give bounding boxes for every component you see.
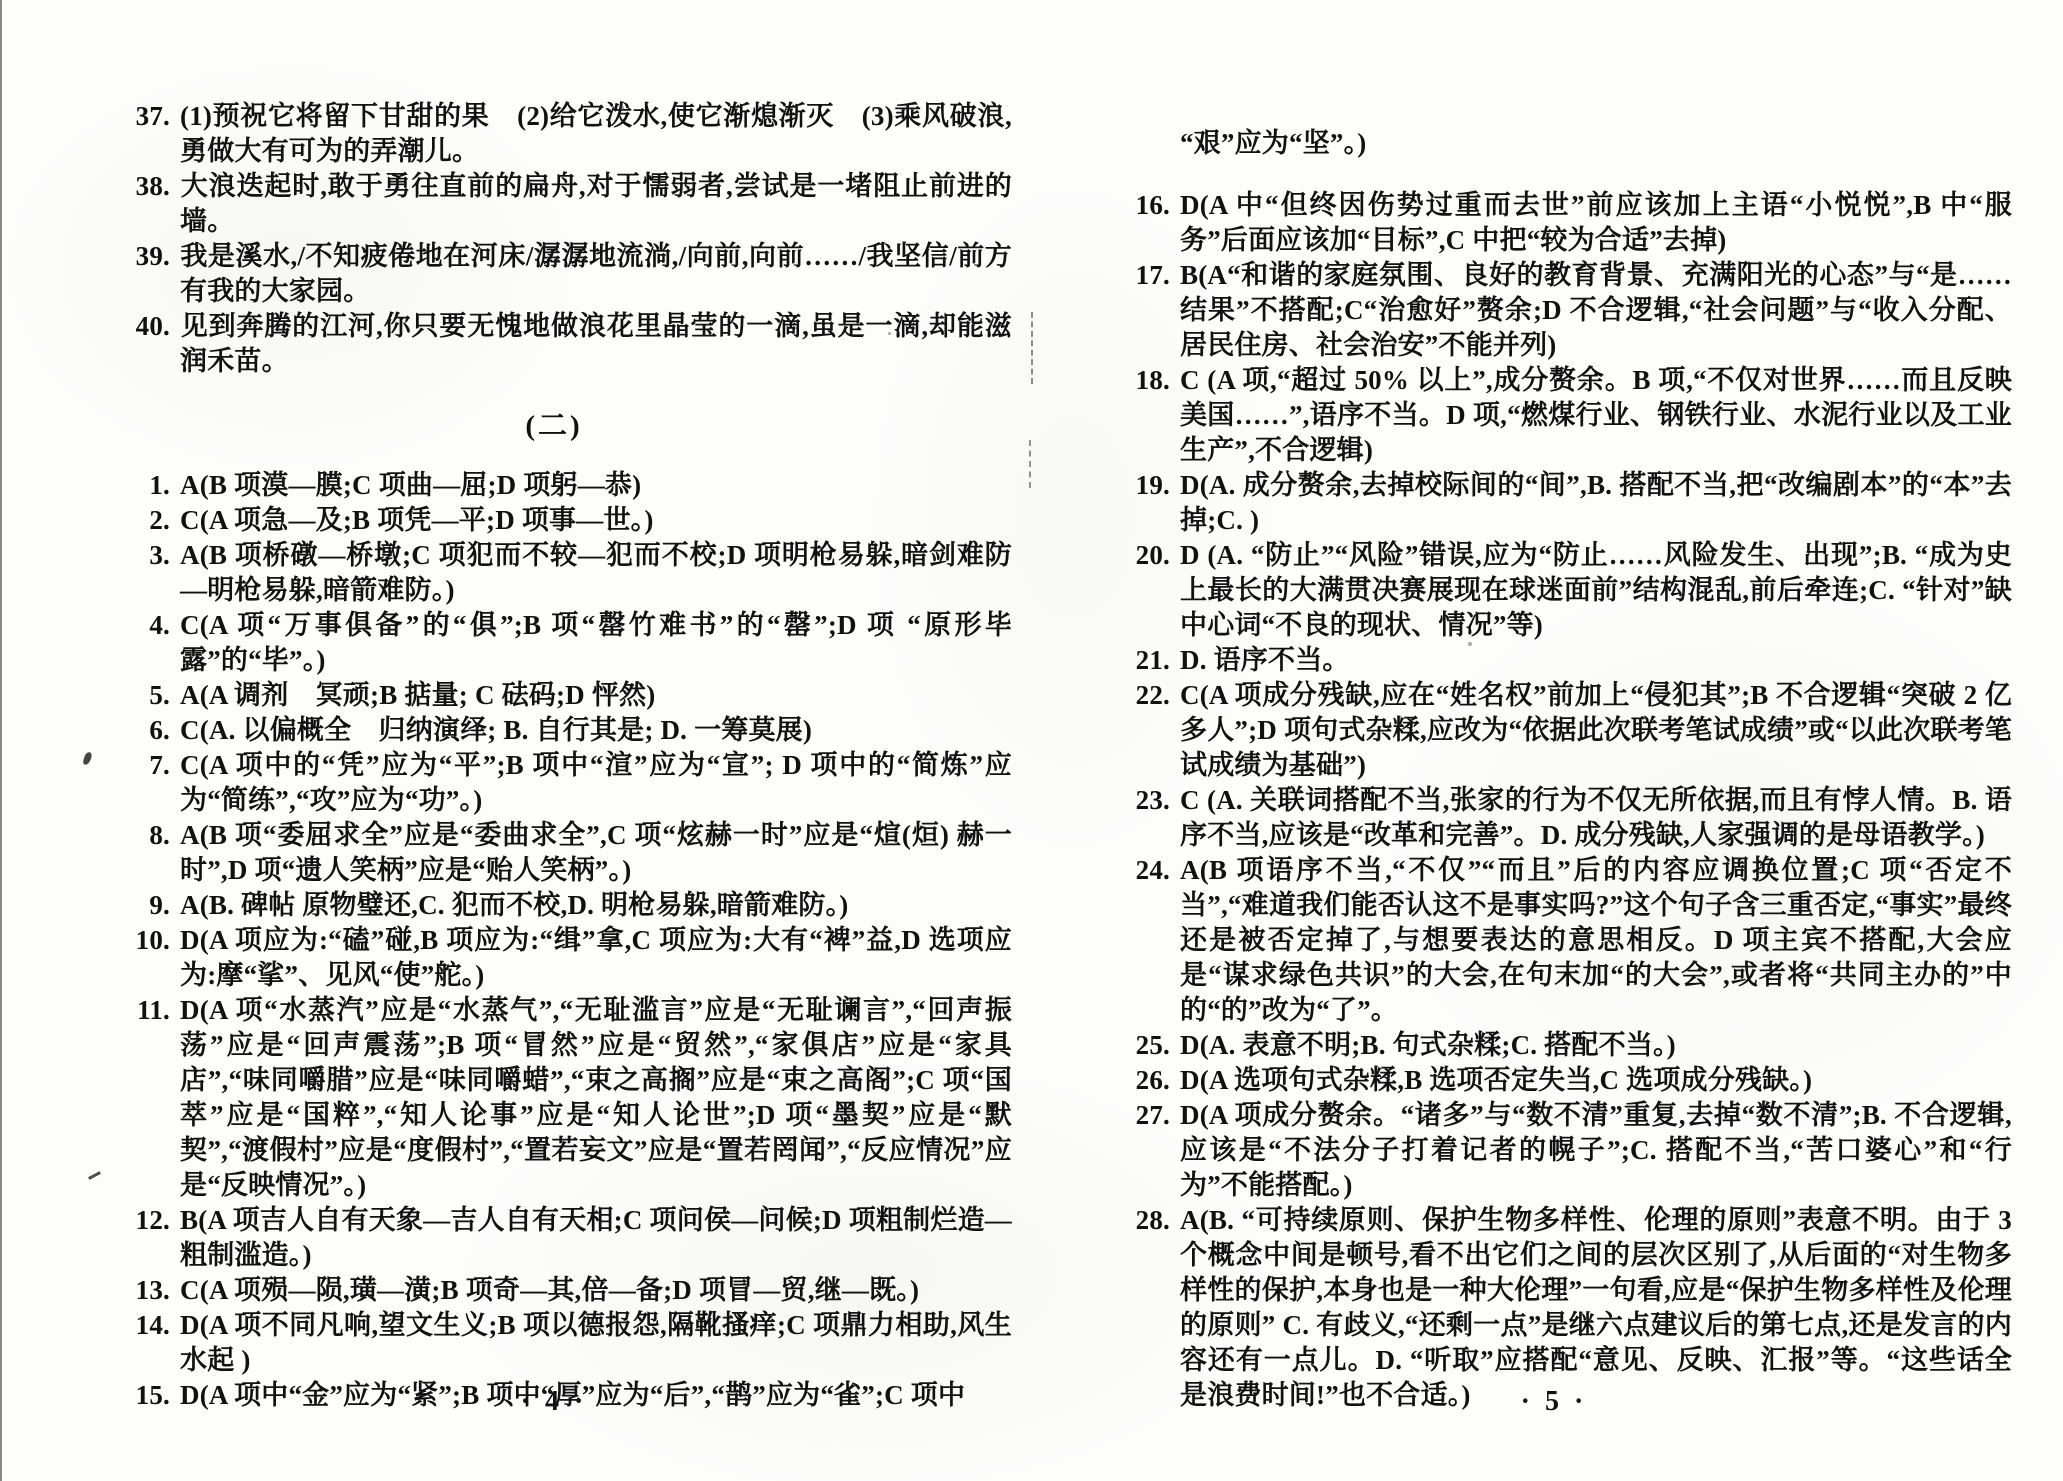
item-number: 18.	[1096, 363, 1180, 398]
answer-item: 14.D(A 项不同凡响,望文生义;B 项以德报怨,隔靴搔痒;C 项鼎力相助,风…	[96, 1308, 1012, 1378]
item-number: 37.	[96, 99, 180, 134]
item-number: 26.	[1096, 1063, 1180, 1098]
page-left-content: 37.(1)预祝它将留下甘甜的果 (2)给它泼水,使它渐熄渐灭 (3)乘风破浪,…	[96, 0, 1012, 1413]
item-number: 27.	[1096, 1098, 1180, 1133]
answer-item: 1.A(B 项漠—膜;C 项曲—屈;D 项躬—恭)	[96, 468, 1012, 503]
page-number-left: · 4 ·	[96, 1386, 1012, 1418]
item-number: 28.	[1096, 1203, 1180, 1238]
answer-item: 16.D(A 中“但终因伤势过重而去世”前应该加上主语“小悦悦”,B 中“服务”…	[1096, 188, 2012, 258]
item-text: D(A 项成分赘余。“诸多”与“数不清”重复,去掉“数不清”;B. 不合逻辑,应…	[1180, 1100, 2012, 1200]
page-right-content: “艰”应为“坚”。) 16.D(A 中“但终因伤势过重而去世”前应该加上主语“小…	[1096, 0, 2012, 1413]
item-number: 8.	[96, 818, 180, 853]
page-number-right: · 5 ·	[1096, 1386, 2012, 1418]
item-text: A(B. 碑帖 原物璧还,C. 犯而不校,D. 明枪易躲,暗箭难防。)	[180, 890, 849, 920]
answer-item: 7.C(A 项中的“凭”应为“平”;B 项中“渲”应为“宣”; D 项中的“简炼…	[96, 748, 1012, 818]
answer-item: 12.B(A 项吉人自有天象—吉人自有天相;C 项问侯—问候;D 项粗制烂造—粗…	[96, 1203, 1012, 1273]
item-number: 12.	[96, 1203, 180, 1238]
answer-list-right: 16.D(A 中“但终因伤势过重而去世”前应该加上主语“小悦悦”,B 中“服务”…	[1096, 188, 2012, 1413]
answer-item: 23.C (A. 关联词搭配不当,张家的行为不仅无所依据,而且有悖人情。B. 语…	[1096, 783, 2012, 853]
item-text: D(A 项不同凡响,望文生义;B 项以德报怨,隔靴搔痒;C 项鼎力相助,风生水起…	[180, 1310, 1012, 1375]
item-text: A(B 项“委屈求全”应是“委曲求全”,C 项“炫赫一时”应是“煊(烜) 赫一时…	[180, 820, 1012, 885]
answer-item: 38.大浪迭起时,敢于勇往直前的扁舟,对于懦弱者,尝试是一堵阻止前进的墙。	[96, 169, 1012, 239]
answer-item: 20.D (A. “防止”“风险”错误,应为“防止……风险发生、出现”;B. “…	[1096, 538, 2012, 643]
item-number: 6.	[96, 713, 180, 748]
item-number: 11.	[96, 993, 180, 1028]
scan-speck	[83, 751, 93, 765]
answer-item: 13.C(A 项殒—陨,璜—潢;B 项奇—其,倍—备;D 项冒—贸,继—既。)	[96, 1273, 1012, 1308]
answer-item: 37.(1)预祝它将留下甘甜的果 (2)给它泼水,使它渐熄渐灭 (3)乘风破浪,…	[96, 99, 1012, 169]
item-text: A(B 项语序不当,“不仅”“而且”后的内容应调换位置;C 项“否定不当”,“难…	[1180, 855, 2012, 1025]
item-number: 23.	[1096, 783, 1180, 818]
answer-item: 18.C (A 项,“超过 50% 以上”,成分赘余。B 项,“不仅对世界……而…	[1096, 363, 2012, 468]
item-text: A(B 项漠—膜;C 项曲—屈;D 项躬—恭)	[180, 470, 641, 500]
answer-item: 21.D. 语序不当。	[1096, 643, 2012, 678]
item-text: D(A 选项句式杂糅,B 选项否定失当,C 选项成分残缺。)	[1180, 1065, 1812, 1095]
item-number: 39.	[96, 239, 180, 274]
item-text: C(A 项“万事俱备”的“俱”;B 项“罄竹难书”的“罄”;D 项 “原形毕露”…	[180, 610, 1012, 675]
item-number: 25.	[1096, 1028, 1180, 1063]
answer-item: 2.C(A 项急—及;B 项凭—平;D 项事—世。)	[96, 503, 1012, 538]
item-text: 大浪迭起时,敢于勇往直前的扁舟,对于懦弱者,尝试是一堵阻止前进的墙。	[180, 171, 1012, 236]
item-number: 20.	[1096, 538, 1180, 573]
answer-item: 8.A(B 项“委屈求全”应是“委曲求全”,C 项“炫赫一时”应是“煊(烜) 赫…	[96, 818, 1012, 888]
item-number: 19.	[1096, 468, 1180, 503]
answer-item: 9.A(B. 碑帖 原物璧还,C. 犯而不校,D. 明枪易躲,暗箭难防。)	[96, 888, 1012, 923]
item-number: 24.	[1096, 853, 1180, 888]
item-number: 2.	[96, 503, 180, 538]
answer-item: 22.C(A 项成分残缺,应在“姓名权”前加上“侵犯其”;B 不合逻辑“突破 2…	[1096, 678, 2012, 783]
item-text: (1)预祝它将留下甘甜的果 (2)给它泼水,使它渐熄渐灭 (3)乘风破浪,勇做大…	[180, 101, 1012, 166]
answer-list-top: 37.(1)预祝它将留下甘甜的果 (2)给它泼水,使它渐熄渐灭 (3)乘风破浪,…	[96, 99, 1012, 379]
scanned-answer-key-spread: { "document": { "left_page": { "items_to…	[0, 0, 2063, 1481]
item-number: 1.	[96, 468, 180, 503]
answer-item: 39.我是溪水,/不知疲倦地在河床/潺潺地流淌,/向前,向前……/我坚信/前方有…	[96, 239, 1012, 309]
item-text: C(A 项中的“凭”应为“平”;B 项中“渲”应为“宣”; D 项中的“简炼”应…	[180, 750, 1012, 815]
answer-item: 40.见到奔腾的江河,你只要无愧地做浪花里晶莹的一滴,虽是一滴,却能滋润禾苗。	[96, 309, 1012, 379]
item-text: D. 语序不当。	[1180, 645, 1350, 675]
answer-item: 28.A(B. “可持续原则、保护生物多样性、伦理的原则”表意不明。由于 3 个…	[1096, 1203, 2012, 1413]
item-number: 13.	[96, 1273, 180, 1308]
item-text: A(B 项桥礅—桥墩;C 项犯而不较—犯而不校;D 项明枪易躲,暗剑难防—明枪易…	[180, 540, 1012, 605]
item-text: B(A“和谐的家庭氛围、良好的教育背景、充满阳光的心态”与“是……结果”不搭配;…	[1180, 260, 2012, 360]
item-text: 见到奔腾的江河,你只要无愧地做浪花里晶莹的一滴,虽是一滴,却能滋润禾苗。	[180, 311, 1012, 376]
item-text: C(A 项殒—陨,璜—潢;B 项奇—其,倍—备;D 项冒—贸,继—既。)	[180, 1275, 919, 1305]
page-left: 37.(1)预祝它将留下甘甜的果 (2)给它泼水,使它渐熄渐灭 (3)乘风破浪,…	[96, 0, 1012, 1481]
answer-item: 3.A(B 项桥礅—桥墩;C 项犯而不较—犯而不校;D 项明枪易躲,暗剑难防—明…	[96, 538, 1012, 608]
item-text: C(A 项急—及;B 项凭—平;D 项事—世。)	[180, 505, 654, 535]
item-number: 9.	[96, 888, 180, 923]
item-text: 我是溪水,/不知疲倦地在河床/潺潺地流淌,/向前,向前……/我坚信/前方有我的大…	[180, 241, 1012, 306]
item-number: 16.	[1096, 188, 1180, 223]
item-number: 7.	[96, 748, 180, 783]
item-number: 4.	[96, 608, 180, 643]
item-number: 14.	[96, 1308, 180, 1343]
item-text: B(A 项吉人自有天象—吉人自有天相;C 项问侯—问候;D 项粗制烂造—粗制滥造…	[180, 1205, 1012, 1270]
scan-artifact-fold-dash	[1029, 440, 1031, 488]
answer-item: 25.D(A. 表意不明;B. 句式杂糅;C. 搭配不当。)	[1096, 1028, 2012, 1063]
answer-item: 6.C(A. 以偏概全 归纳演绎; B. 自行其是; D. 一筹莫展)	[96, 713, 1012, 748]
item-text: A(A 调剂 冥顽;B 掂量; C 砝码;D 怦然)	[180, 680, 655, 710]
item-text: A(B. “可持续原则、保护生物多样性、伦理的原则”表意不明。由于 3 个概念中…	[1180, 1205, 2012, 1410]
answer-item: 11.D(A 项“水蒸汽”应是“水蒸气”,“无耻滥言”应是“无耻谰言”,“回声振…	[96, 993, 1012, 1203]
item-number: 5.	[96, 678, 180, 713]
answer-item: 5.A(A 调剂 冥顽;B 掂量; C 砝码;D 怦然)	[96, 678, 1012, 713]
section-heading: (二)	[96, 409, 1012, 444]
scan-artifact-fold-dash	[1031, 312, 1033, 384]
item-number: 10.	[96, 923, 180, 958]
item-text: D(A 项“水蒸汽”应是“水蒸气”,“无耻滥言”应是“无耻谰言”,“回声振荡”应…	[180, 995, 1012, 1200]
answer-item: 17.B(A“和谐的家庭氛围、良好的教育背景、充满阳光的心态”与“是……结果”不…	[1096, 258, 2012, 363]
item-text: D(A 项应为:“磕”碰,B 项应为:“缉”拿,C 项应为:大有“裨”益,D 选…	[180, 925, 1012, 990]
item-number: 22.	[1096, 678, 1180, 713]
item-text: C (A 项,“超过 50% 以上”,成分赘余。B 项,“不仅对世界……而且反映…	[1180, 365, 2012, 465]
answer-item: 24.A(B 项语序不当,“不仅”“而且”后的内容应调换位置;C 项“否定不当”…	[1096, 853, 2012, 1028]
item-number: 40.	[96, 309, 180, 344]
answer-item: 19.D(A. 成分赘余,去掉校际间的“间”,B. 搭配不当,把“改编剧本”的“…	[1096, 468, 2012, 538]
item-number: 3.	[96, 538, 180, 573]
item-number: 17.	[1096, 258, 1180, 293]
answer-item: 10.D(A 项应为:“磕”碰,B 项应为:“缉”拿,C 项应为:大有“裨”益,…	[96, 923, 1012, 993]
item-text: C(A. 以偏概全 归纳演绎; B. 自行其是; D. 一筹莫展)	[180, 715, 812, 745]
item-text: C (A. 关联词搭配不当,张家的行为不仅无所依据,而且有悖人情。B. 语序不当…	[1180, 785, 2012, 850]
answer-item: 26.D(A 选项句式杂糅,B 选项否定失当,C 选项成分残缺。)	[1096, 1063, 2012, 1098]
item-text: D(A. 成分赘余,去掉校际间的“间”,B. 搭配不当,把“改编剧本”的“本”去…	[1180, 470, 2012, 535]
item-text: D(A. 表意不明;B. 句式杂糅;C. 搭配不当。)	[1180, 1030, 1676, 1060]
answer-list-left: 1.A(B 项漠—膜;C 项曲—屈;D 项躬—恭) 2.C(A 项急—及;B 项…	[96, 468, 1012, 1413]
item-text: D(A 中“但终因伤势过重而去世”前应该加上主语“小悦悦”,B 中“服务”后面应…	[1180, 190, 2012, 255]
continuation-line: “艰”应为“坚”。)	[1096, 126, 2012, 161]
item-text: D (A. “防止”“风险”错误,应为“防止……风险发生、出现”;B. “成为史…	[1180, 540, 2012, 640]
page-right: “艰”应为“坚”。) 16.D(A 中“但终因伤势过重而去世”前应该加上主语“小…	[1096, 0, 2012, 1481]
item-number: 38.	[96, 169, 180, 204]
item-number: 21.	[1096, 643, 1180, 678]
answer-item: 4.C(A 项“万事俱备”的“俱”;B 项“罄竹难书”的“罄”;D 项 “原形毕…	[96, 608, 1012, 678]
answer-item: 27.D(A 项成分赘余。“诸多”与“数不清”重复,去掉“数不清”;B. 不合逻…	[1096, 1098, 2012, 1203]
item-text: C(A 项成分残缺,应在“姓名权”前加上“侵犯其”;B 不合逻辑“突破 2 亿多…	[1180, 680, 2012, 780]
scan-artifact-page-edge	[0, 0, 2, 1481]
